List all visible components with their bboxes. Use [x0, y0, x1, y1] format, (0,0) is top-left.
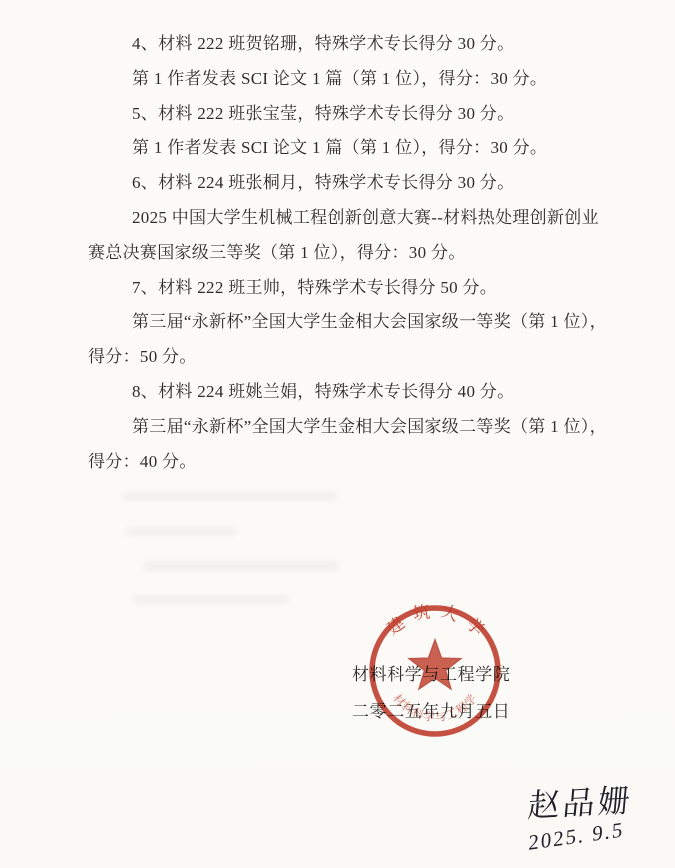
document-line: 第三届“永新杯”全国大学生金相大会国家级一等奖（第 1 位），	[88, 305, 628, 340]
document-line: 4、材料 222 班贺铭珊，特殊学术专长得分 30 分。	[88, 27, 628, 62]
document-line: 得分：50 分。	[88, 340, 628, 375]
document-line: 得分：40 分。	[88, 445, 628, 480]
document-line: 8、材料 224 班姚兰娟，特殊学术专长得分 40 分。	[88, 375, 628, 410]
document-line: 第 1 作者发表 SCI 论文 1 篇（第 1 位），得分：30 分。	[88, 62, 628, 97]
svg-text:建筑大学: 建筑大学	[384, 601, 494, 646]
scanned-page: 4、材料 222 班贺铭珊，特殊学术专长得分 30 分。第 1 作者发表 SCI…	[0, 0, 675, 868]
document-line: 6、材料 224 班张桐月，特殊学术专长得分 30 分。	[88, 166, 628, 201]
bleedthrough-mark	[126, 527, 236, 536]
document-line: 赛总决赛国家级三等奖（第 1 位），得分：30 分。	[88, 236, 628, 271]
bleedthrough-mark	[143, 561, 339, 571]
document-line: 第三届“永新杯”全国大学生金相大会国家级二等奖（第 1 位），	[88, 410, 628, 445]
bleedthrough-mark	[133, 595, 288, 604]
closing-date: 二零二五年九月五日	[352, 697, 510, 722]
document-line: 第 1 作者发表 SCI 论文 1 篇（第 1 位），得分：30 分。	[88, 131, 628, 166]
closing-department: 材料科学与工程学院	[352, 660, 510, 685]
document-line: 5、材料 222 班张宝莹，特殊学术专长得分 30 分。	[88, 97, 628, 132]
bleedthrough-mark	[122, 492, 338, 501]
document-body: 4、材料 222 班贺铭珊，特殊学术专长得分 30 分。第 1 作者发表 SCI…	[88, 27, 628, 479]
document-line: 2025 中国大学生机械工程创新创意大赛--材料热处理创新创业	[88, 201, 628, 236]
seal-top-text: 建筑大学	[384, 601, 494, 646]
document-line: 7、材料 222 班王帅，特殊学术专长得分 50 分。	[88, 271, 628, 306]
